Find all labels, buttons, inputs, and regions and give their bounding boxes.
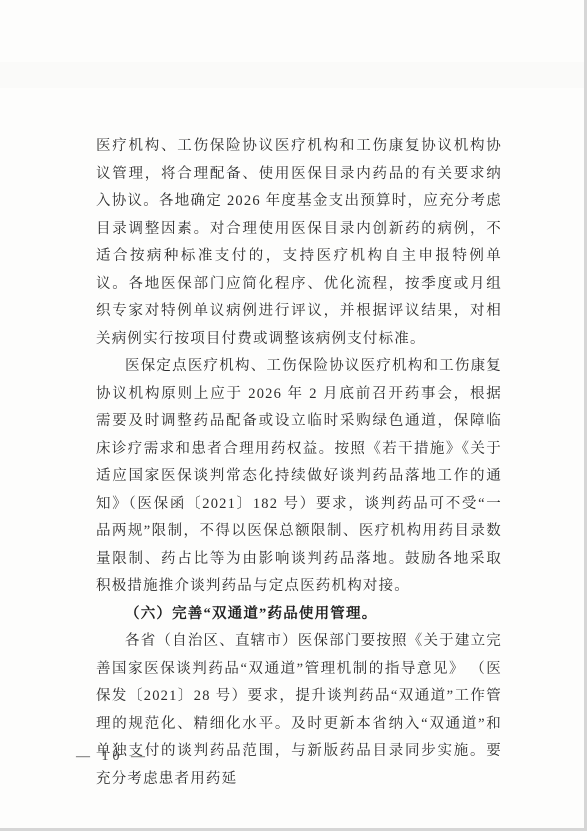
section-heading: （六）完善“双通道”药品使用管理。: [96, 601, 502, 629]
document-body: 医疗机构、工伤保险协议医疗机构和工伤康复协议机构协议管理，将合理配备、使用医保目…: [96, 133, 502, 793]
scan-artifact-band: [0, 62, 587, 88]
body-paragraph: 医保定点医疗机构、工伤保险协议医疗机构和工伤康复协议机构原则上应于 2026 年…: [96, 353, 502, 601]
scanned-page: 医疗机构、工伤保险协议医疗机构和工伤康复协议机构协议管理，将合理配备、使用医保目…: [0, 0, 587, 831]
body-paragraph-continuation: 医疗机构、工伤保险协议医疗机构和工伤康复协议机构协议管理，将合理配备、使用医保目…: [96, 133, 502, 353]
page-number: — 10 —: [76, 749, 149, 765]
body-paragraph: 各省（自治区、直辖市）医保部门要按照《关于建立完善国家医保谈判药品“双通道”管理…: [96, 628, 502, 793]
